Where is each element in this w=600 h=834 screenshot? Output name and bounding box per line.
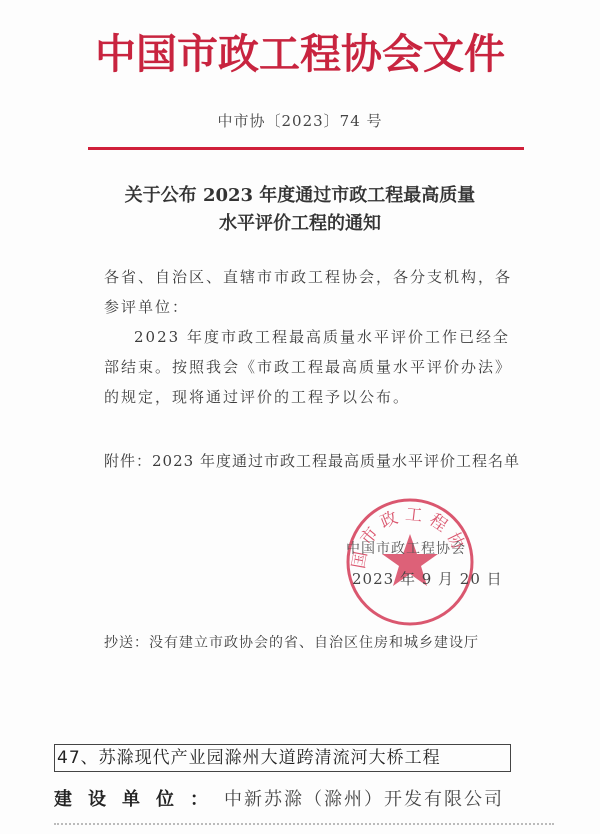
document-number: 中市协〔2023〕74 号 [0,110,600,131]
cc-recipients: 抄送：没有建立市政协会的省、自治区住房和城乡建设厅 [104,632,564,652]
construction-unit-label: 建设单位： [54,789,224,810]
organization-title: 中国市政工程协会文件 [0,28,600,80]
issuer-name: 中国市政工程协会 [346,538,506,558]
issue-date: 2023 年 9 月 20 日 [352,568,512,589]
recipients-text: 各省、自治区、直辖市市政工程协会，各分支机构，各参评单位： [104,262,524,322]
notice-title-line-1: 关于公布 2023 年度通过市政工程最高质量 [0,182,600,210]
project-title-box: 47、苏滁现代产业园滁州大道跨清流河大桥工程 [54,744,511,772]
construction-unit-value: 中新苏滁（滁州）开发有限公司 [224,789,504,810]
body-paragraph: 2023 年度市政工程最高质量水平评价工作已经全部结束。按照我会《市政工程最高质… [104,322,524,412]
attachment-text: 附件：2023 年度通过市政工程最高质量水平评价工程名单 [104,446,544,476]
dotted-separator [54,823,554,825]
official-seal: 国市政工程协 [344,496,476,628]
notice-title: 关于公布 2023 年度通过市政工程最高质量 水平评价工程的通知 [0,182,600,238]
seal-star-icon: 国市政工程协 [344,496,476,628]
notice-title-line-2: 水平评价工程的通知 [0,210,600,238]
construction-unit-row: 建设单位：中新苏滁（滁州）开发有限公司 [54,786,574,814]
red-divider [88,147,524,150]
